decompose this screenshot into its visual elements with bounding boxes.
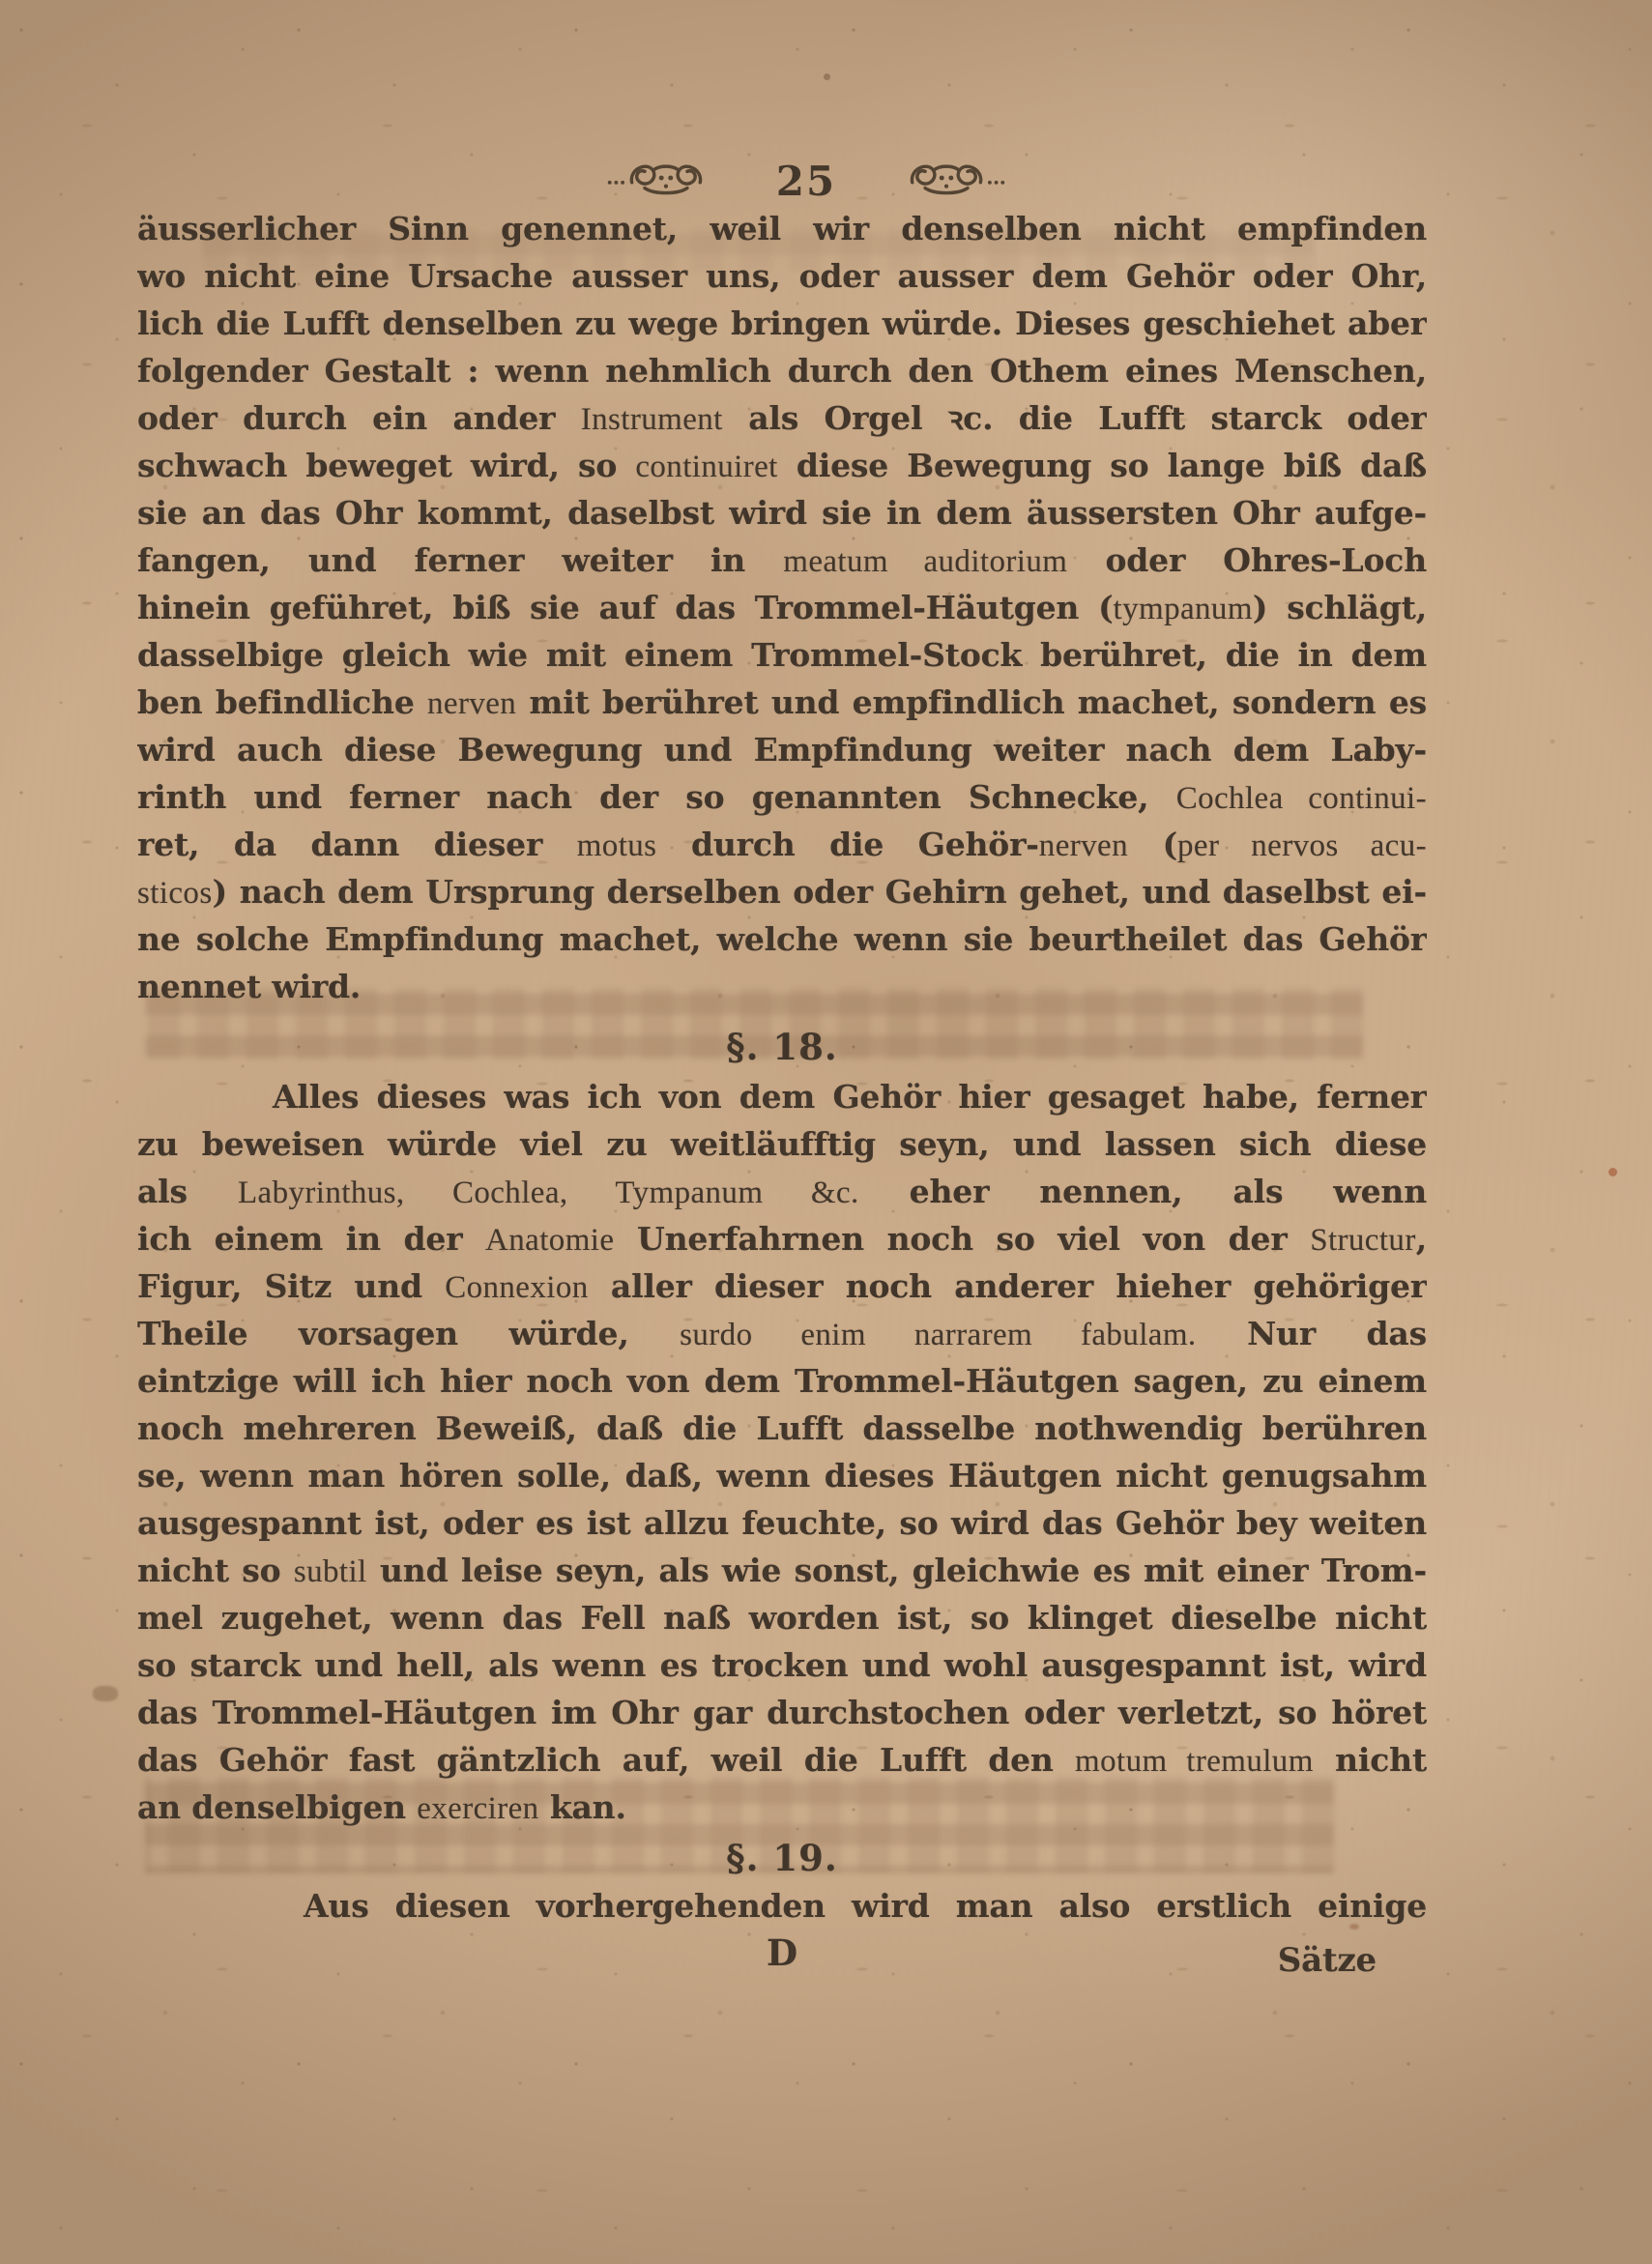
fraktur-text: als Orgel ꝛc. die Lufft starck oder xyxy=(723,399,1427,437)
latin-text: tympanum xyxy=(1114,592,1253,626)
text-line: schwach beweget wird, so continuiret die… xyxy=(137,442,1427,489)
fraktur-text: oder durch ein ander xyxy=(137,399,581,437)
paragraph-section-18: Alles dieses was ich von dem Gehör hier … xyxy=(137,1073,1427,1831)
fraktur-text: , xyxy=(1416,1220,1427,1258)
fraktur-text: ich einem in der xyxy=(137,1220,485,1258)
fraktur-text: sie an das Ohr kommt, daselbst wird sie … xyxy=(137,494,1427,532)
fraktur-text: ( xyxy=(1128,826,1177,863)
paper-blemish xyxy=(1609,1168,1617,1176)
latin-text: nerven xyxy=(427,686,516,721)
fraktur-text: schwach beweget wird, so xyxy=(137,447,635,484)
fraktur-text: ausgespannt ist, oder es ist allzu feuch… xyxy=(137,1504,1427,1542)
fraktur-text: äusserlicher Sinn genennet, weil wir den… xyxy=(137,210,1427,252)
text-line: lich die Lufft denselben zu wege bringen… xyxy=(137,300,1427,347)
latin-text: Labyrinthus, Cochlea, Tympanum &c. xyxy=(238,1176,859,1210)
fraktur-text: nennet wird. xyxy=(137,968,361,1005)
fraktur-text: so starck und hell, als wenn es trocken … xyxy=(137,1646,1427,1684)
fraktur-text: Aus diesen vorhergehenden wird man also … xyxy=(137,1887,1427,1930)
text-line: Aus diesen vorhergehenden wird man also … xyxy=(137,1882,1427,1930)
text-line: se, wenn man hören solle, daß, wenn dies… xyxy=(137,1452,1427,1499)
fraktur-text: diese Bewegung so lange biß daß xyxy=(778,447,1427,484)
fleuron-ornament-icon xyxy=(604,157,726,205)
fraktur-text: rinth und ferner nach der so genannten S… xyxy=(137,778,1176,816)
latin-text: motum tremulum xyxy=(1075,1744,1314,1779)
text-line: ausgespannt ist, oder es ist allzu feuch… xyxy=(137,1499,1427,1547)
text-line: ich einem in der Anatomie Unerfahrnen no… xyxy=(137,1215,1427,1263)
fraktur-text: wird auch diese Bewegung und Empfindung … xyxy=(137,731,1427,769)
fraktur-text: kan. xyxy=(539,1788,626,1826)
text-line: als Labyrinthus, Cochlea, Tympanum &c. e… xyxy=(137,1168,1427,1215)
fraktur-text: Nur das xyxy=(1197,1315,1427,1352)
fraktur-text: dasselbige gleich wie mit einem Trommel-… xyxy=(137,636,1427,679)
fraktur-text: als xyxy=(137,1173,238,1210)
latin-text: per nervos acu- xyxy=(1177,828,1427,863)
text-line: wo nicht eine Ursache ausser uns, oder a… xyxy=(137,252,1427,300)
text-line: an denselbigen exerciren kan. xyxy=(137,1784,1427,1831)
latin-text: Connexion xyxy=(445,1270,588,1305)
fraktur-text: zu beweisen würde viel zu weitläufftig s… xyxy=(137,1125,1427,1168)
text-line: fangen, und ferner weiter in meatum audi… xyxy=(137,537,1427,584)
fraktur-text: lich die Lufft denselben zu wege bringen… xyxy=(137,305,1427,342)
latin-text: nerven xyxy=(1039,828,1128,863)
fraktur-text: eher nennen, als wenn xyxy=(859,1173,1427,1210)
text-line: ne solche Empfindung machet, welche wenn… xyxy=(137,915,1427,963)
text-line: das Gehör fast gäntzlich auf, weil die L… xyxy=(137,1736,1427,1784)
page-header: 25 xyxy=(0,151,1612,211)
fraktur-text: oder Ohres-Loch xyxy=(1067,541,1427,579)
latin-text: surdo enim narrarem fabulam. xyxy=(680,1318,1196,1352)
latin-text: continuiret xyxy=(635,450,777,484)
text-line: ret, da dann dieser motus durch die Gehö… xyxy=(137,821,1427,868)
fraktur-text: ) schlägt, xyxy=(1253,589,1427,626)
latin-text: Structur xyxy=(1310,1223,1416,1258)
page-number: 25 xyxy=(776,158,836,205)
catchword: Sätze xyxy=(1278,1941,1377,1980)
paragraph-section-19: Aus diesen vorhergehenden wird man also … xyxy=(137,1882,1427,1930)
fraktur-text: das Gehör fast gäntzlich auf, weil die L… xyxy=(137,1741,1075,1779)
footer-row: D Sätze xyxy=(137,1931,1427,1982)
text-line: rinth und ferner nach der so genannten S… xyxy=(137,773,1427,821)
scanned-book-page: 25 äusserlicher Sinn genennet, weil wir … xyxy=(0,0,1652,2264)
text-line: das Trommel-Häutgen im Ohr gar durchstoc… xyxy=(137,1689,1427,1736)
latin-text: Instrument xyxy=(581,402,723,437)
section-heading-18: §. 18. xyxy=(137,1024,1427,1071)
text-line: sie an das Ohr kommt, daselbst wird sie … xyxy=(137,489,1427,537)
latin-text: exerciren xyxy=(417,1791,538,1826)
text-line: hinein geführet, biß sie auf das Trommel… xyxy=(137,584,1427,631)
fraktur-text: das Trommel-Häutgen im Ohr gar durchstoc… xyxy=(137,1694,1427,1731)
text-line: noch mehreren Beweiß, daß die Lufft dass… xyxy=(137,1405,1427,1452)
latin-text: Anatomie xyxy=(485,1223,614,1258)
latin-text: Cochlea continui- xyxy=(1176,781,1427,816)
text-line: eintzige will ich hier noch von dem Trom… xyxy=(137,1357,1427,1405)
text-line: nennet wird. xyxy=(137,963,1427,1010)
text-line: Theile vorsagen würde, surdo enim narrar… xyxy=(137,1310,1427,1357)
paper-blemish xyxy=(93,1686,118,1701)
latin-text: meatum auditorium xyxy=(783,544,1067,579)
fraktur-text: Unerfahrnen noch so viel von der xyxy=(614,1220,1310,1258)
text-line: Figur, Sitz und Connexion aller dieser n… xyxy=(137,1263,1427,1310)
latin-text: subtil xyxy=(294,1554,367,1589)
text-line: sticos) nach dem Ursprung derselben oder… xyxy=(137,868,1427,915)
fraktur-text: mel zugehet, wenn das Fell naß worden is… xyxy=(137,1599,1427,1641)
text-line: oder durch ein ander Instrument als Orge… xyxy=(137,394,1427,442)
paper-blemish xyxy=(824,73,830,80)
fraktur-text: noch mehreren Beweiß, daß die Lufft dass… xyxy=(137,1409,1427,1452)
signature-mark: D xyxy=(767,1931,797,1974)
fraktur-text: ne solche Empfindung machet, welche wenn… xyxy=(137,920,1427,963)
fraktur-text: mit berühret und empfindlich machet, son… xyxy=(516,683,1427,721)
fraktur-text: fangen, und ferner weiter in xyxy=(137,541,783,579)
fraktur-text: folgender Gestalt : wenn nehmlich durch … xyxy=(137,352,1427,390)
text-block: äusserlicher Sinn genennet, weil wir den… xyxy=(137,205,1427,1982)
text-line: ben befindliche nerven mit berühret und … xyxy=(137,679,1427,726)
fraktur-text: eintzige will ich hier noch von dem Trom… xyxy=(137,1362,1427,1400)
text-line: wird auch diese Bewegung und Empfindung … xyxy=(137,726,1427,773)
fraktur-text: se, wenn man hören solle, daß, wenn dies… xyxy=(137,1457,1427,1495)
fraktur-text: durch die Gehör- xyxy=(656,826,1038,863)
fraktur-text: ret, da dann dieser xyxy=(137,826,577,863)
text-line: äusserlicher Sinn genennet, weil wir den… xyxy=(137,205,1427,252)
fraktur-text: hinein geführet, biß sie auf das Trommel… xyxy=(137,589,1114,626)
section-heading-19: §. 19. xyxy=(137,1835,1427,1882)
text-line: dasselbige gleich wie mit einem Trommel-… xyxy=(137,631,1427,679)
text-line: nicht so subtil und leise seyn, als wie … xyxy=(137,1547,1427,1594)
text-line: mel zugehet, wenn das Fell naß worden is… xyxy=(137,1594,1427,1641)
text-line: so starck und hell, als wenn es trocken … xyxy=(137,1641,1427,1689)
fraktur-text: wo nicht eine Ursache ausser uns, oder a… xyxy=(137,257,1427,300)
fraktur-text: Figur, Sitz und xyxy=(137,1267,445,1305)
fleuron-ornament-icon xyxy=(886,157,1008,205)
latin-text: sticos xyxy=(137,876,213,911)
fraktur-text: aller dieser noch anderer hieher gehörig… xyxy=(589,1267,1427,1305)
fraktur-text: an denselbigen xyxy=(137,1788,417,1826)
text-line: Alles dieses was ich von dem Gehör hier … xyxy=(137,1073,1427,1120)
fraktur-text: ) nach dem Ursprung derselben oder Gehir… xyxy=(213,873,1427,911)
fraktur-text: und leise seyn, als wie sonst, gleichwie… xyxy=(367,1552,1427,1589)
fraktur-text: Theile vorsagen würde, xyxy=(137,1315,680,1352)
latin-text: motus xyxy=(577,828,657,863)
fraktur-text: nicht xyxy=(1314,1741,1427,1779)
fraktur-text: ben befindliche xyxy=(137,683,427,721)
fraktur-text: Alles dieses was ich von dem Gehör hier … xyxy=(273,1078,1427,1116)
fraktur-text: nicht so xyxy=(137,1552,294,1589)
text-line: zu beweisen würde viel zu weitläufftig s… xyxy=(137,1120,1427,1168)
paragraph-continuation: äusserlicher Sinn genennet, weil wir den… xyxy=(137,205,1427,1010)
text-line: folgender Gestalt : wenn nehmlich durch … xyxy=(137,347,1427,394)
